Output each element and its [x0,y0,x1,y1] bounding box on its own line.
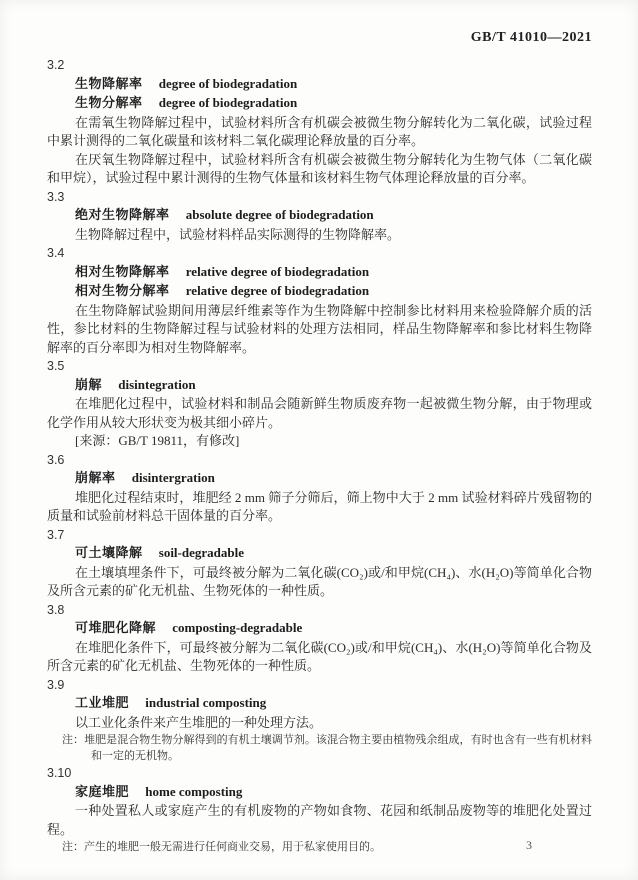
page-number: 3 [526,838,532,853]
term-line: 相对生物分解率 relative degree of biodegradatio… [47,282,592,302]
section-3-10: 3.10 家庭堆肥 home composting 一种处置私人或家庭产生的有机… [47,764,592,855]
term-en: disintergration [132,470,215,485]
term-en: degree of biodegradation [159,76,297,91]
note-line: 注：产生的堆肥一般无需进行任何商业交易，用于私家使用目的。 [47,839,592,855]
section-3-9: 3.9 工业堆肥 industrial composting 以工业化条件来产生… [47,676,592,765]
definition-paragraph: 在生物降解试验期间用薄层纤维素等作为生物降解中控制参比材料用来检验降解介质的活性… [47,302,592,358]
term-line: 可土壤降解 soil-degradable [47,544,592,564]
clause-number: 3.8 [47,601,592,620]
definition-paragraph: 在厌氧生物降解过程中，试验材料所含有机碳会被微生物分解转化为生物气体（二氧化碳和… [47,151,592,188]
section-3-3: 3.3 绝对生物降解率 absolute degree of biodegrad… [47,188,592,245]
term-zh: 崩解率 [75,471,116,486]
term-en: composting-degradable [172,620,302,635]
term-zh: 崩解 [75,378,102,393]
definition-paragraph: 在堆肥化条件下，可最终被分解为二氧化碳(CO₂)或/和甲烷(CH₄)、水(H₂O… [47,639,592,676]
clause-number: 3.2 [47,56,592,75]
clause-number: 3.10 [47,764,592,783]
definition-paragraph: 生物降解过程中，试验材料样品实际测得的生物降解率。 [47,226,592,245]
term-zh: 可堆肥化降解 [75,621,156,636]
term-zh: 生物分解率 [75,96,143,111]
term-zh: 可土壤降解 [75,546,143,561]
section-3-7: 3.7 可土壤降解 soil-degradable 在土壤填埋条件下，可最终被分… [47,526,592,601]
clause-number: 3.4 [47,244,592,263]
section-3-4: 3.4 相对生物降解率 relative degree of biodegrad… [47,244,592,357]
definition-paragraph: 以工业化条件来产生堆肥的一种处理方法。 [47,714,592,733]
term-zh: 相对生物降解率 [75,265,170,280]
term-zh: 工业堆肥 [75,696,129,711]
terms-and-definitions-content: 3.2 生物降解率 degree of biodegradation 生物分解率… [47,56,592,855]
source-reference: [来源：GB/T 19811，有修改] [47,432,592,451]
term-line: 相对生物降解率 relative degree of biodegradatio… [47,263,592,283]
definition-paragraph: 堆肥化过程结束时，堆肥经 2 mm 筛子分筛后，筛上物中大于 2 mm 试验材料… [47,489,592,526]
definition-paragraph: 一种处置私人或家庭产生的有机废物的产物如食物、花园和纸制品废物等的堆肥化处置过程… [47,802,592,839]
term-zh: 相对生物分解率 [75,284,170,299]
term-line: 可堆肥化降解 composting-degradable [47,619,592,639]
term-line: 生物分解率 degree of biodegradation [47,94,592,114]
term-en: industrial composting [145,695,266,710]
term-zh: 生物降解率 [75,77,143,92]
definition-paragraph: 在堆肥化过程中，试验材料和制品会随新鲜生物质废弃物一起被微生物分解，由于物理或化… [47,395,592,432]
term-zh: 家庭堆肥 [75,785,129,800]
clause-number: 3.6 [47,451,592,470]
definition-paragraph: 在土壤填埋条件下，可最终被分解为二氧化碳(CO₂)或/和甲烷(CH₄)、水(H₂… [47,564,592,601]
term-en: disintegration [118,377,195,392]
document-page: GB/T 41010—2021 3.2 生物降解率 degree of biod… [0,0,638,880]
section-3-2: 3.2 生物降解率 degree of biodegradation 生物分解率… [47,56,592,188]
term-zh: 绝对生物降解率 [75,208,170,223]
term-en: absolute degree of biodegradation [186,207,374,222]
term-en: relative degree of biodegradation [186,264,369,279]
term-line: 崩解率 disintergration [47,469,592,489]
term-line: 生物降解率 degree of biodegradation [47,75,592,95]
clause-number: 3.5 [47,357,592,376]
section-3-5: 3.5 崩解 disintegration 在堆肥化过程中，试验材料和制品会随新… [47,357,592,451]
term-en: soil-degradable [159,545,244,560]
term-en: relative degree of biodegradation [186,283,369,298]
clause-number: 3.7 [47,526,592,545]
note-line: 注：堆肥是混合物生物分解得到的有机土壤调节剂。该混合物主要由植物残余组成，有时也… [47,732,592,764]
term-en: home composting [145,784,242,799]
term-line: 崩解 disintegration [47,376,592,396]
clause-number: 3.3 [47,188,592,207]
term-line: 家庭堆肥 home composting [47,783,592,803]
standard-number-header: GB/T 41010—2021 [471,30,592,46]
term-en: degree of biodegradation [159,95,297,110]
definition-paragraph: 在需氧生物降解过程中，试验材料所含有机碳会被微生物分解转化为二氧化碳，试验过程中… [47,114,592,151]
section-3-6: 3.6 崩解率 disintergration 堆肥化过程结束时，堆肥经 2 m… [47,451,592,526]
term-line: 绝对生物降解率 absolute degree of biodegradatio… [47,206,592,226]
clause-number: 3.9 [47,676,592,695]
section-3-8: 3.8 可堆肥化降解 composting-degradable 在堆肥化条件下… [47,601,592,676]
term-line: 工业堆肥 industrial composting [47,694,592,714]
